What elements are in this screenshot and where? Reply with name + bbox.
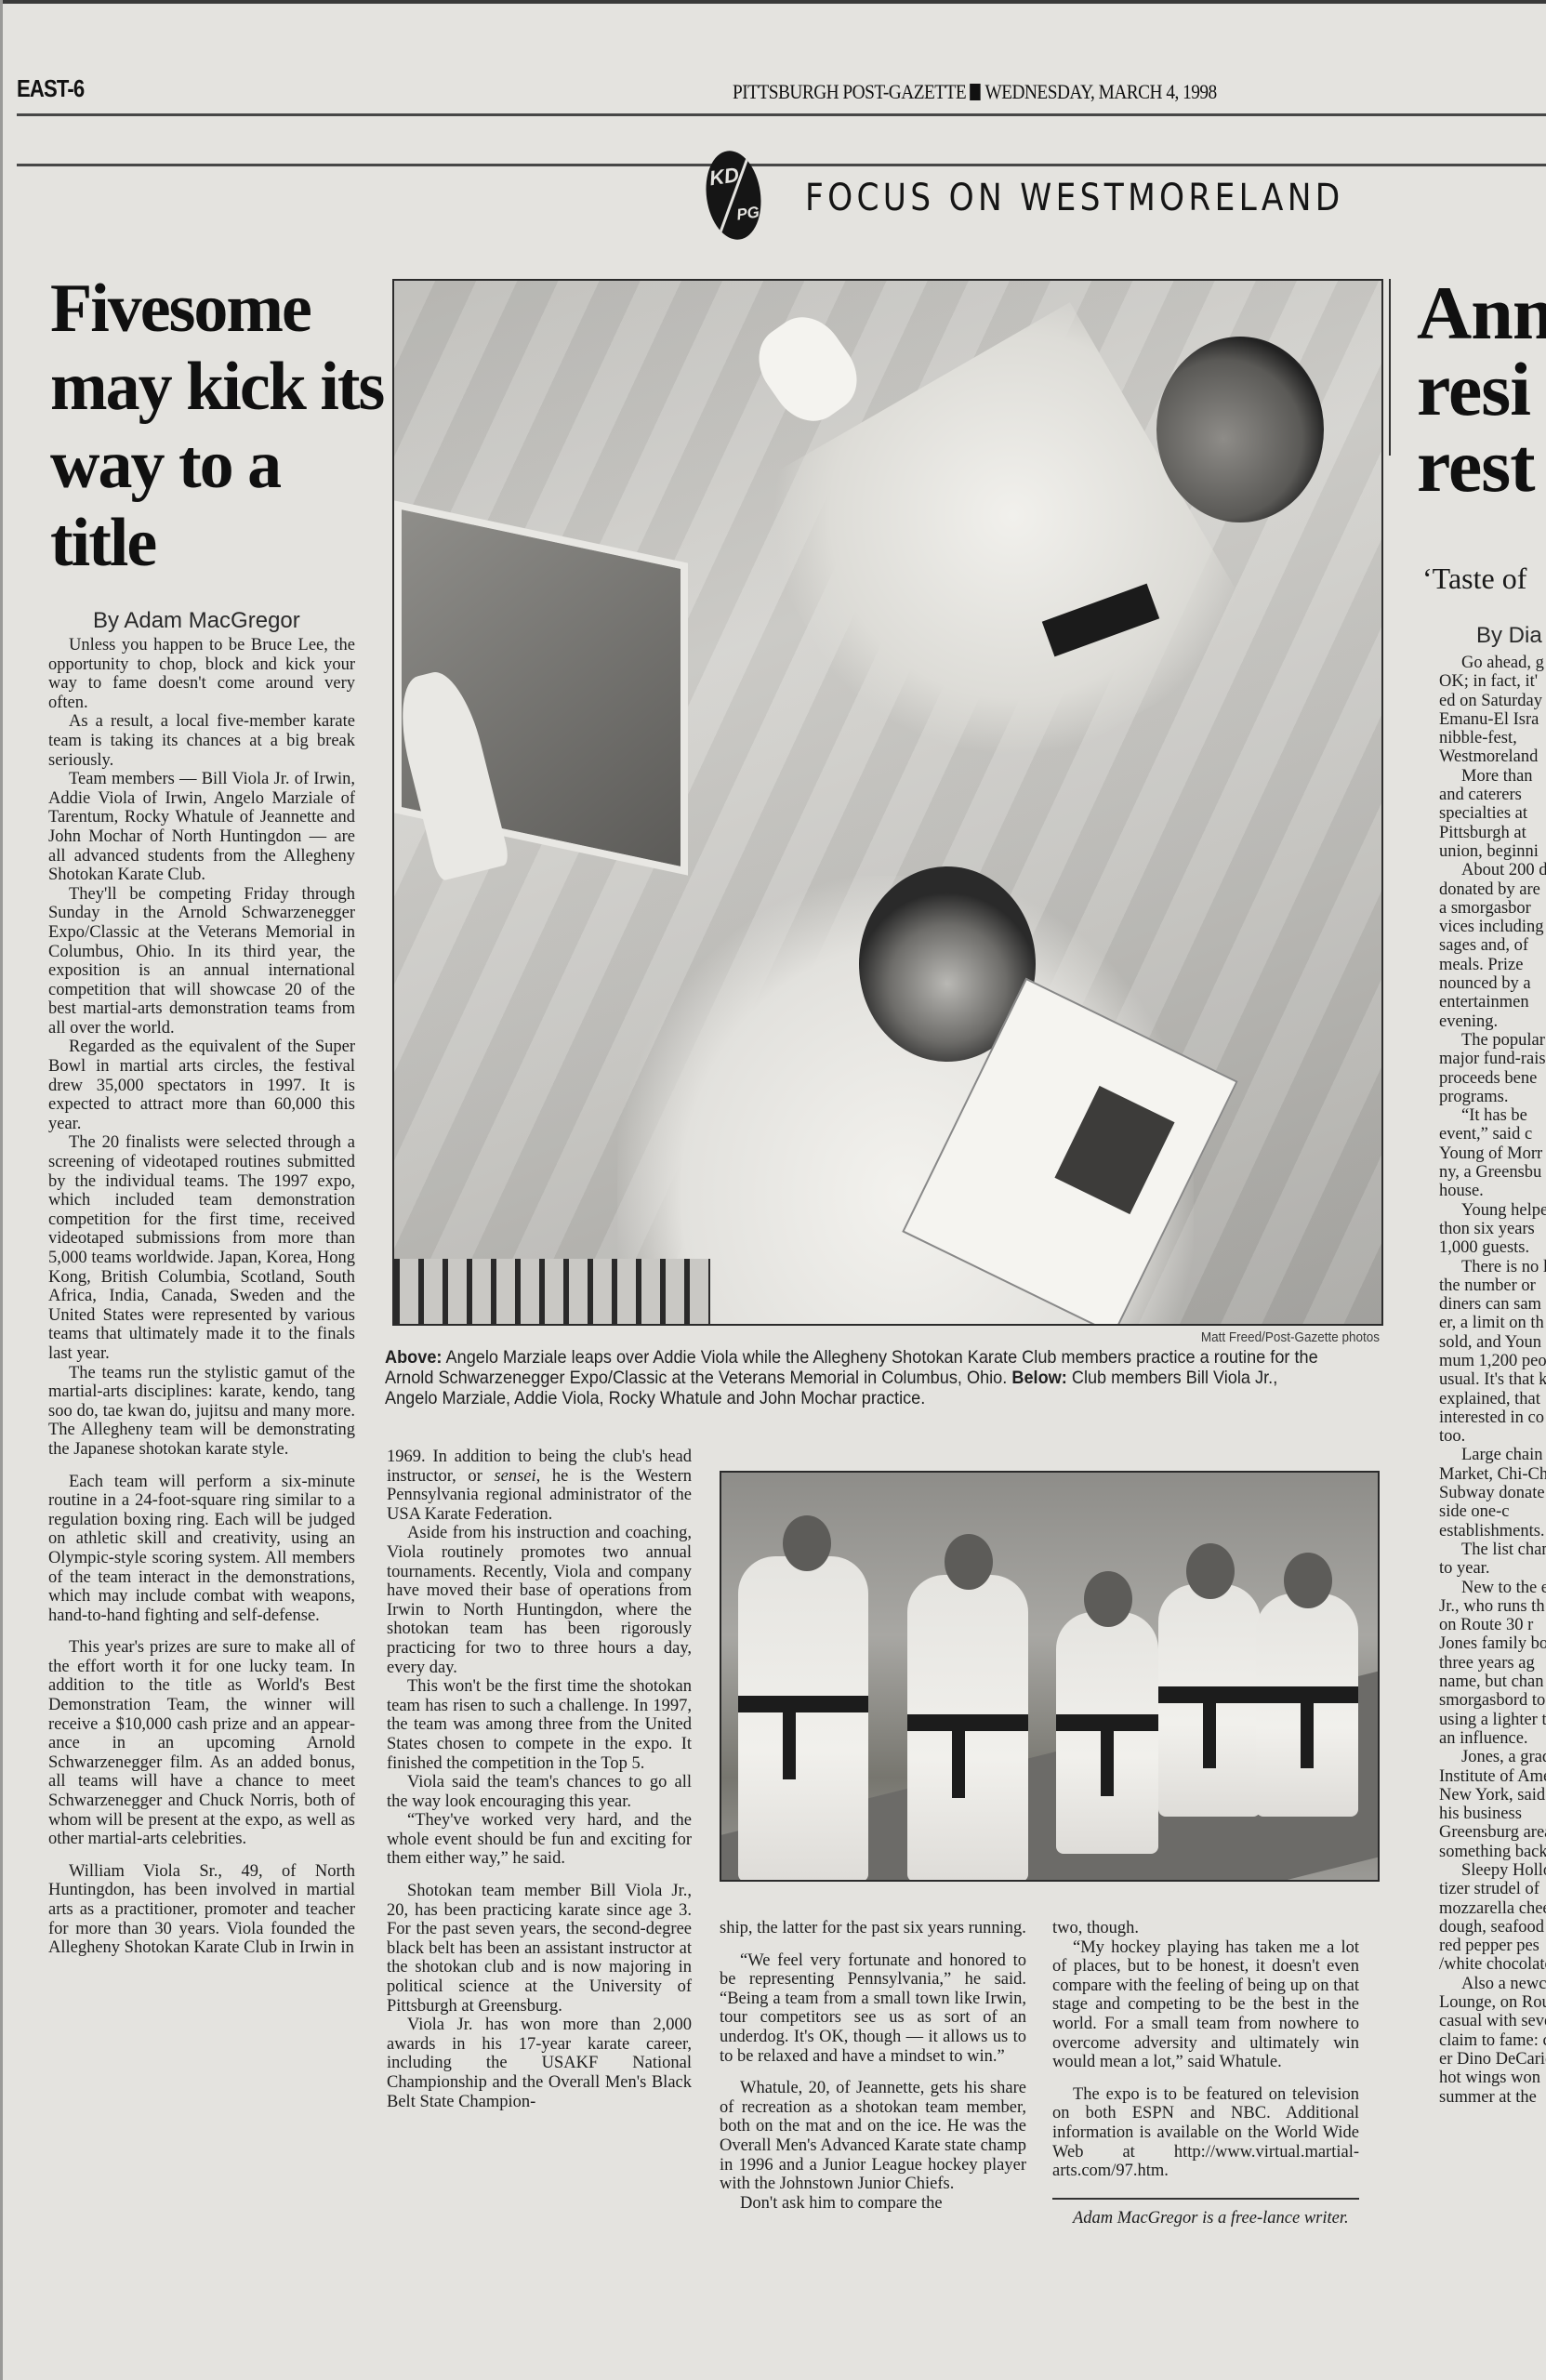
article-column-4: two, though. “My hockey playing has take… xyxy=(1052,1919,1359,2228)
adjacent-text-line: explained, that xyxy=(1439,1390,1546,1408)
paragraph: The 20 finalists were selected through a… xyxy=(48,1133,355,1363)
adjacent-headline-line: resi xyxy=(1417,351,1546,428)
adjacent-text-line: More than xyxy=(1439,767,1546,786)
adjacent-text-line: dough, seafood xyxy=(1439,1918,1546,1937)
adjacent-text-line: There is no l xyxy=(1439,1258,1546,1276)
article-byline: By Adam MacGregor xyxy=(93,608,300,634)
logo-bottom-text: PG xyxy=(735,203,760,224)
paragraph: “They've worked very hard, and the whole… xyxy=(387,1811,692,1869)
adjacent-text-line: Also a newco xyxy=(1439,1975,1546,1993)
caption-above-label: Above: xyxy=(385,1347,442,1368)
adjacent-text-line: nounced by a xyxy=(1439,974,1546,993)
adjacent-text-line: thon six years xyxy=(1439,1220,1546,1238)
adjacent-text-line: New York, said t xyxy=(1439,1786,1546,1805)
adjacent-text-line: establishments. xyxy=(1439,1522,1546,1540)
adjacent-byline: By Dia xyxy=(1476,623,1542,649)
adjacent-text-line: About 200 d xyxy=(1439,861,1546,879)
publication-name: PITTSBURGH POST-GAZETTE xyxy=(733,80,966,103)
adjacent-text-line: Lounge, on Rou xyxy=(1439,1993,1546,2012)
adjacent-text-line: something back xyxy=(1439,1843,1546,1861)
adjacent-text-line: using a lighter t xyxy=(1439,1711,1546,1729)
paragraph: This won't be the first time the shotoka… xyxy=(387,1677,692,1773)
adjacent-text-line: usual. It's that k xyxy=(1439,1370,1546,1389)
adjacent-text-line: er Dino DeCario xyxy=(1439,2050,1546,2069)
article-column-1: Unless you happen to be Bruce Lee, the o… xyxy=(48,636,355,1958)
paragraph: As a result, a local five-member karate … xyxy=(48,712,355,770)
page-left-edge xyxy=(0,0,3,2380)
adjacent-text-line: sold, and Youn xyxy=(1439,1333,1546,1352)
column-divider xyxy=(1389,279,1391,456)
adjacent-text-line: meals. Prize xyxy=(1439,956,1546,974)
adjacent-text-line: red pepper pes xyxy=(1439,1937,1546,1955)
photo-member-1 xyxy=(738,1556,868,1882)
photo-floor-lines xyxy=(394,1259,710,1324)
paragraph: They'll be competing Friday through Sund… xyxy=(48,885,355,1038)
folio-line: PITTSBURGH POST-GAZETTEWEDNESDAY, MARCH … xyxy=(733,80,1217,104)
paragraph: two, though. xyxy=(1052,1919,1359,1938)
adjacent-text-line: entertainmen xyxy=(1439,993,1546,1011)
adjacent-text-line: ny, a Greensbu xyxy=(1439,1163,1546,1182)
adjacent-text-line: event,” said c xyxy=(1439,1125,1546,1144)
adjacent-text-line: Young of Morr xyxy=(1439,1144,1546,1163)
adjacent-text-line: er, a limit on th xyxy=(1439,1314,1546,1332)
adjacent-text-line: Young helpe xyxy=(1439,1201,1546,1220)
logo-slash xyxy=(715,147,752,243)
paragraph: The teams run the stylistic gamut of the… xyxy=(48,1364,355,1460)
adjacent-text-line: ed on Saturday xyxy=(1439,692,1546,710)
paragraph: Each team will perform a six-minute rout… xyxy=(48,1473,355,1626)
adjacent-text-line: major fund-rais xyxy=(1439,1050,1546,1068)
page-top-edge xyxy=(0,0,1546,4)
adjacent-article-text: Go ahead, gOK; in fact, it'ed on Saturda… xyxy=(1439,654,1546,2107)
adjacent-text-line: three years ag xyxy=(1439,1654,1546,1673)
tagline-rule xyxy=(1052,2198,1359,2200)
adjacent-headline-line: Ann xyxy=(1417,275,1546,351)
paragraph: “We feel very fortunate and hon­ored to … xyxy=(720,1951,1026,2067)
paragraph: Don't ask him to compare the xyxy=(720,2194,1026,2214)
adjacent-text-line: name, but chan xyxy=(1439,1673,1546,1691)
paragraph: Whatule, 20, of Jeannette, gets his shar… xyxy=(720,2079,1026,2194)
caption-below-label: Below: xyxy=(1011,1368,1066,1388)
adjacent-text-line: Jr., who runs th xyxy=(1439,1597,1546,1616)
section-title: FOCUS ON WESTMORELAND xyxy=(805,177,1344,219)
adjacent-text-line: Large chain xyxy=(1439,1446,1546,1464)
section-page-number: EAST-6 xyxy=(17,74,84,103)
folio-rule xyxy=(17,113,1546,116)
paragraph: William Viola Sr., 49, of North Huntingd… xyxy=(48,1862,355,1958)
adjacent-text-line: /white chocolate xyxy=(1439,1955,1546,1974)
adjacent-text-line: and caterers xyxy=(1439,786,1546,804)
photo-leaper-head xyxy=(1156,337,1324,522)
paragraph: Aside from his instruction and coaching,… xyxy=(387,1524,692,1677)
photo-leap-over-reader xyxy=(392,279,1383,1326)
adjacent-deck: ‘Taste of xyxy=(1422,562,1526,596)
adjacent-text-line: a smorgasbor xyxy=(1439,899,1546,918)
adjacent-text-line: vices including xyxy=(1439,918,1546,936)
photo-team-practice xyxy=(720,1471,1380,1882)
adjacent-text-line: diners can sam xyxy=(1439,1295,1546,1314)
adjacent-text-line: casual with seve xyxy=(1439,2012,1546,2030)
adjacent-text-line: an influence. xyxy=(1439,1729,1546,1748)
adjacent-text-line: union, beginni xyxy=(1439,842,1546,861)
paragraph: ship, the latter for the past six years … xyxy=(720,1919,1026,1938)
adjacent-text-line: Jones, a grad xyxy=(1439,1748,1546,1766)
adjacent-text-line: evening. xyxy=(1439,1012,1546,1031)
adjacent-text-line: Emanu-El Isra xyxy=(1439,710,1546,729)
adjacent-text-line: Pittsburgh at xyxy=(1439,824,1546,842)
adjacent-text-line: claim to fame: c xyxy=(1439,2031,1546,2050)
section-rule xyxy=(17,164,1546,166)
adjacent-headline-line: rest xyxy=(1417,428,1546,504)
photo-member-2 xyxy=(907,1575,1028,1882)
adjacent-text-line: OK; in fact, it' xyxy=(1439,672,1546,691)
adjacent-text-line: nibble-fest, xyxy=(1439,729,1546,747)
adjacent-text-line: tizer strudel of xyxy=(1439,1880,1546,1898)
adjacent-text-line: his business xyxy=(1439,1805,1546,1823)
adjacent-text-line: Jones family bo xyxy=(1439,1634,1546,1653)
adjacent-text-line: Sleepy Hollow xyxy=(1439,1861,1546,1880)
photo-member-4 xyxy=(1158,1584,1261,1817)
paragraph: This year's prizes are sure to make all … xyxy=(48,1638,355,1849)
paragraph: The expo is to be featured on television… xyxy=(1052,2085,1359,2181)
folio-square-bullet-icon xyxy=(971,84,981,100)
article-column-3: ship, the latter for the past six years … xyxy=(720,1919,1026,2213)
photo-credit: Matt Freed/Post-Gazette photos xyxy=(1142,1329,1380,1345)
adjacent-text-line: donated by are xyxy=(1439,880,1546,899)
adjacent-text-line: New to the ev xyxy=(1439,1579,1546,1597)
article-column-2: 1969. In addition to being the club's he… xyxy=(387,1448,692,2111)
adjacent-text-line: too. xyxy=(1439,1427,1546,1446)
adjacent-text-line: house. xyxy=(1439,1182,1546,1200)
adjacent-headline: Ann resi rest xyxy=(1417,275,1546,504)
adjacent-text-line: programs. xyxy=(1439,1088,1546,1106)
paragraph: Viola said the team's chances to go all … xyxy=(387,1773,692,1811)
adjacent-text-line: to year. xyxy=(1439,1559,1546,1578)
adjacent-text-line: the number or xyxy=(1439,1276,1546,1295)
adjacent-text-line: on Route 30 r xyxy=(1439,1616,1546,1634)
paragraph: Team members — Bill Viola Jr. of Irwin, … xyxy=(48,770,355,885)
adjacent-text-line: summer at the xyxy=(1439,2088,1546,2107)
adjacent-text-line: Subway donate xyxy=(1439,1484,1546,1502)
adjacent-text-line: interested in co xyxy=(1439,1408,1546,1427)
kdka-pg-logo-icon: KD PG xyxy=(701,147,767,243)
adjacent-text-line: The list chan xyxy=(1439,1540,1546,1559)
adjacent-text-line: Market, Chi-Chi xyxy=(1439,1465,1546,1484)
paragraph: “My hockey playing has taken me a lot of… xyxy=(1052,1938,1359,2072)
adjacent-text-line: proceeds bene xyxy=(1439,1069,1546,1088)
paragraph: Shotokan team member Bill Viola Jr., 20,… xyxy=(387,1882,692,2016)
adjacent-text-line: Greensburg area xyxy=(1439,1823,1546,1842)
paragraph: Unless you happen to be Bruce Lee, the o… xyxy=(48,636,355,712)
adjacent-text-line: The popular xyxy=(1439,1031,1546,1050)
paragraph: 1969. In addition to being the club's he… xyxy=(387,1448,692,1524)
paragraph: Regarded as the equivalent of the Super … xyxy=(48,1038,355,1133)
adjacent-article: Ann resi rest ‘Taste of By Dia Go ahead,… xyxy=(1394,260,1546,2380)
photo-member-5 xyxy=(1256,1593,1358,1817)
adjacent-text-line: Westmoreland xyxy=(1439,747,1546,766)
article-headline: Fivesome may kick its way to a title xyxy=(50,270,385,582)
adjacent-text-line: hot wings won xyxy=(1439,2069,1546,2087)
photo-member-3 xyxy=(1056,1612,1158,1854)
adjacent-text-line: 1,000 guests. xyxy=(1439,1238,1546,1257)
author-tagline: Adam MacGregor is a free-lance writer. xyxy=(1052,2209,1359,2228)
adjacent-text-line: Go ahead, g xyxy=(1439,654,1546,672)
adjacent-text-line: smorgasbord to xyxy=(1439,1691,1546,1710)
publication-date: WEDNESDAY, MARCH 4, 1998 xyxy=(984,80,1216,103)
adjacent-text-line: mum 1,200 peo xyxy=(1439,1352,1546,1370)
adjacent-text-line: sages and, of xyxy=(1439,936,1546,955)
adjacent-text-line: side one-c xyxy=(1439,1502,1546,1521)
adjacent-text-line: mozzarella chee xyxy=(1439,1899,1546,1918)
paragraph: Viola Jr. has won more than 2,000 awards… xyxy=(387,2016,692,2111)
adjacent-text-line: “It has be xyxy=(1439,1106,1546,1125)
italic-term: sensei xyxy=(494,1467,535,1486)
adjacent-text-line: specialties at xyxy=(1439,804,1546,823)
logo-top-text: KD xyxy=(707,163,740,191)
photo-caption: Above: Angelo Marziale leaps over Addie … xyxy=(385,1347,1318,1408)
adjacent-text-line: Institute of Ame xyxy=(1439,1767,1546,1786)
